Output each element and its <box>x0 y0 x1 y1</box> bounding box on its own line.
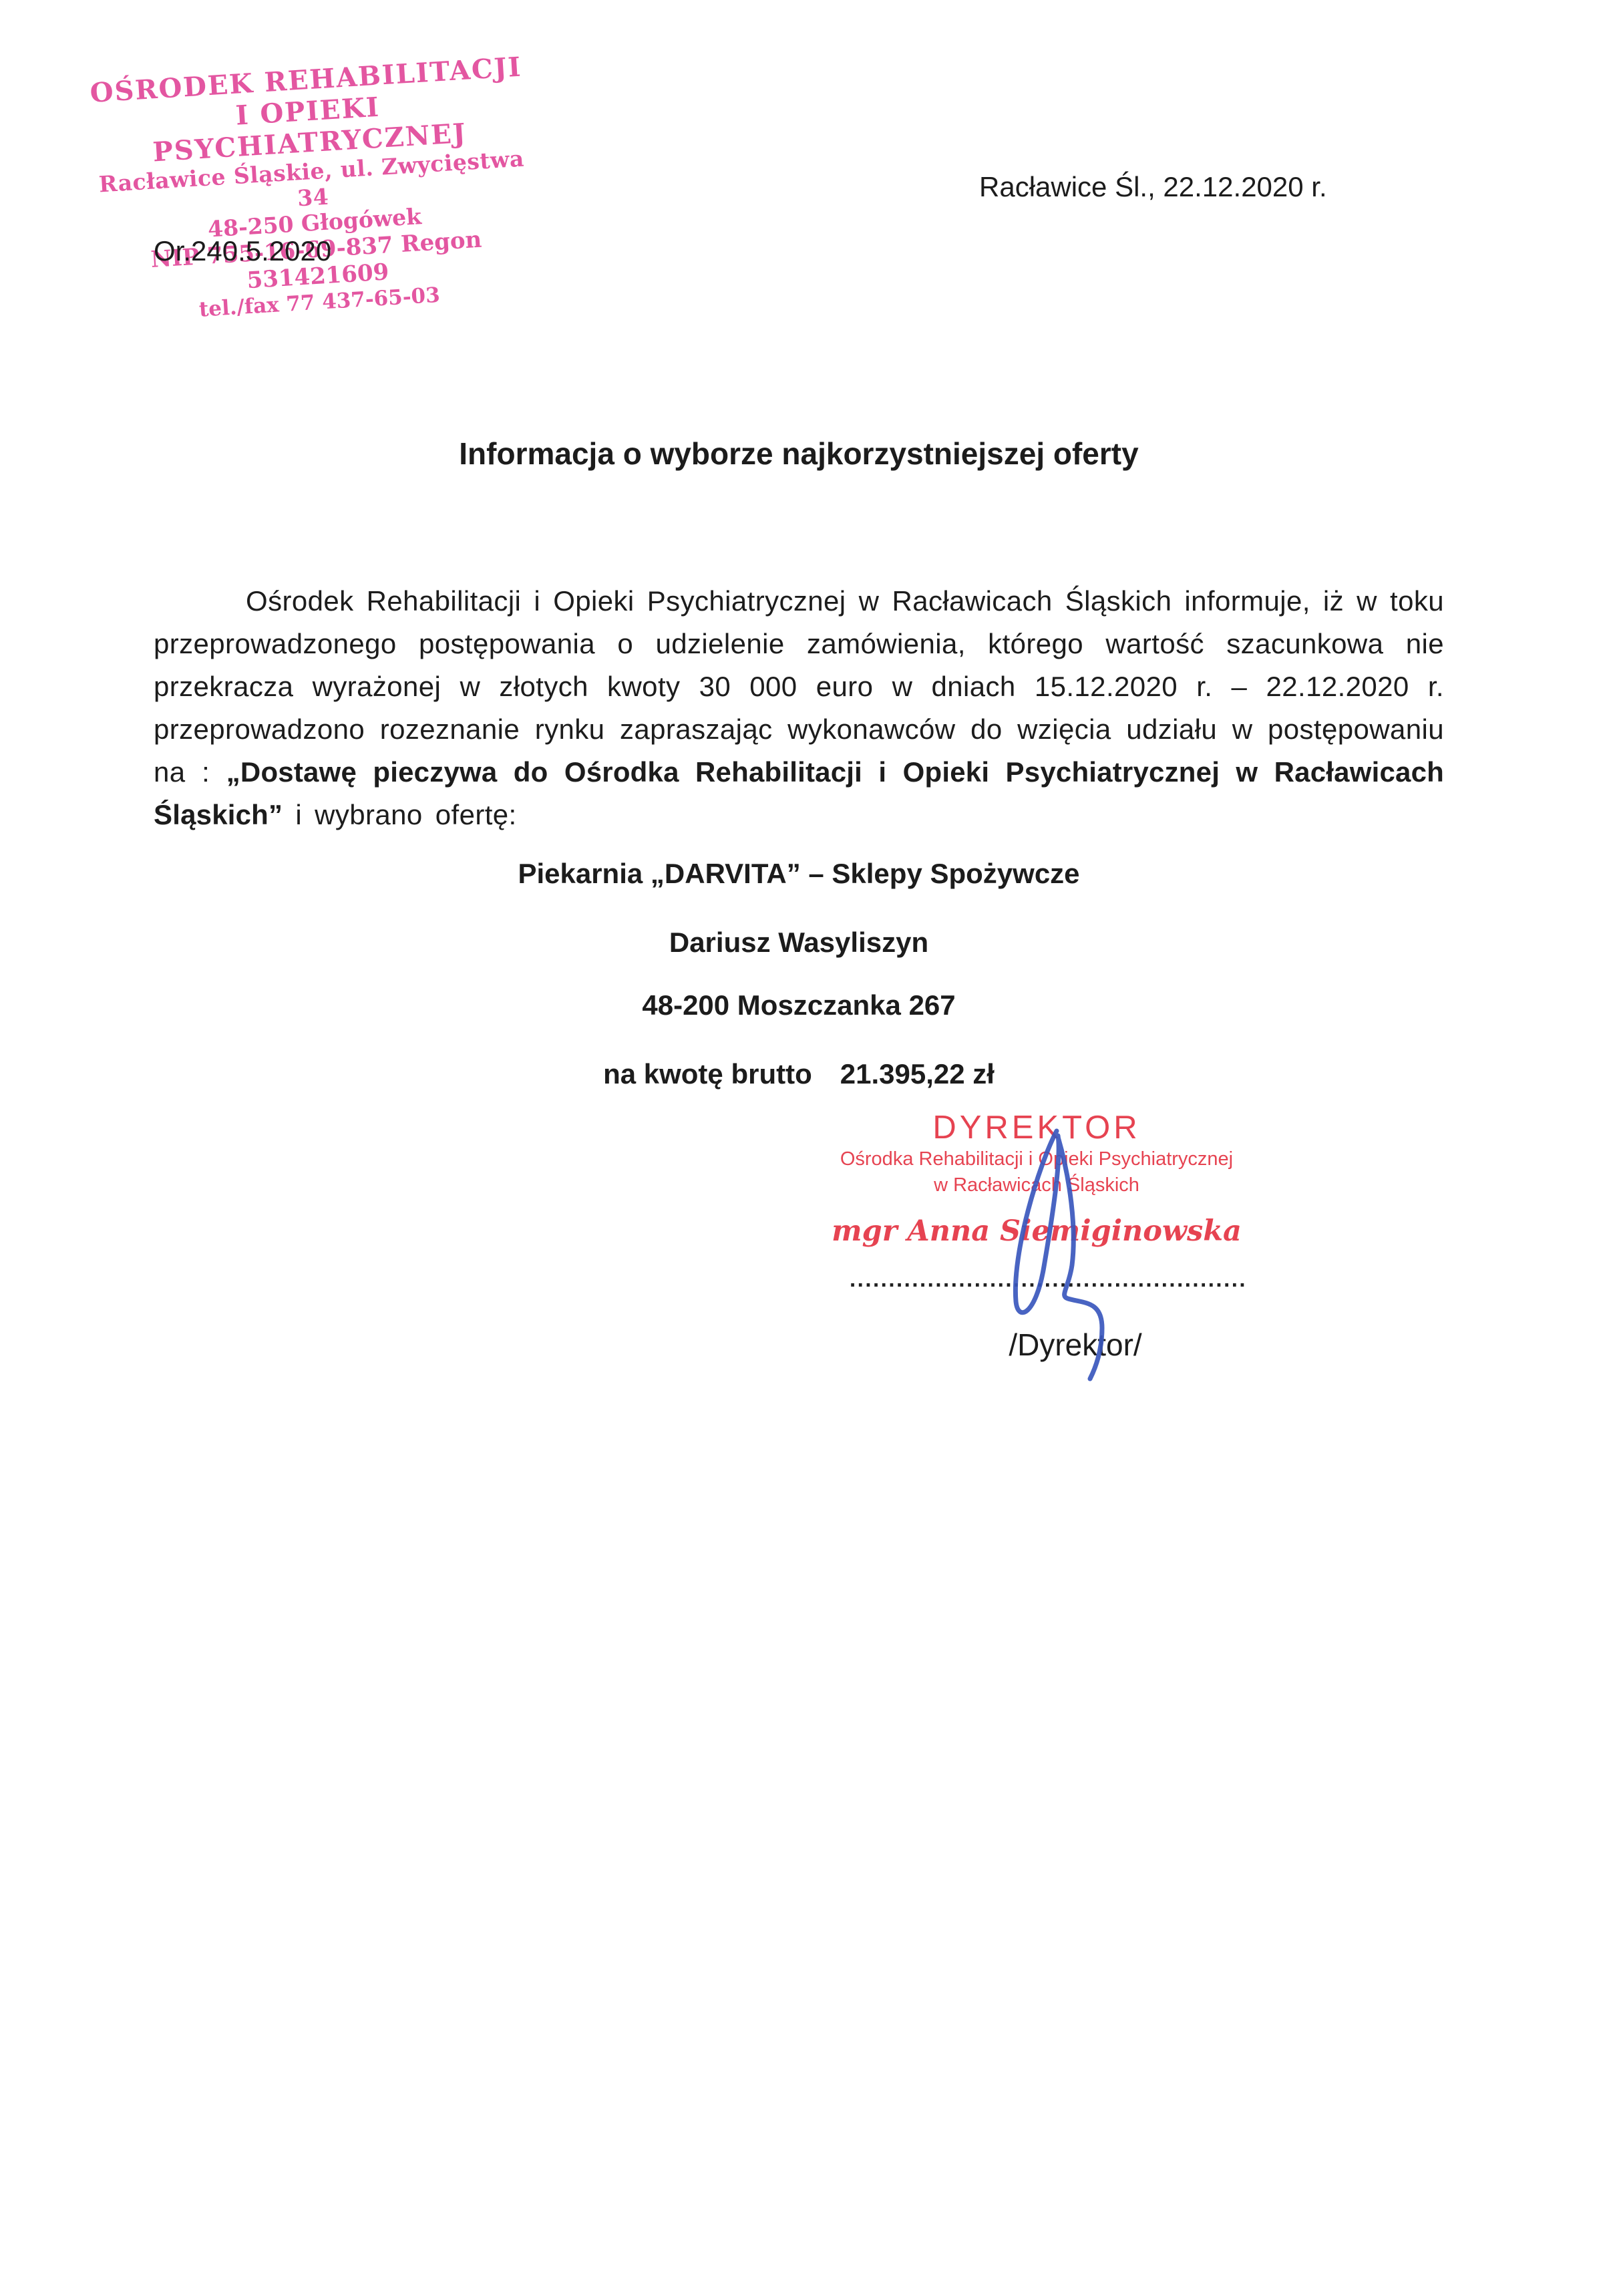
place-date: Racławice Śl., 22.12.2020 r. <box>979 171 1327 203</box>
signature-dotted-line: ........................................… <box>850 1267 1310 1292</box>
director-stamp: DYREKTOR Ośrodka Rehabilitacji i Opieki … <box>769 1109 1304 1198</box>
offer-amount-label: na kwotę brutto <box>603 1058 812 1090</box>
reference-number: Or.240.5.2020 <box>154 235 331 267</box>
offer-amount: na kwotę brutto21.395,22 zł <box>154 1058 1444 1090</box>
body-paragraph: Ośrodek Rehabilitacji i Opieki Psychiatr… <box>154 580 1444 836</box>
director-stamp-name: mgr Anna Siemiginowska <box>769 1214 1304 1248</box>
director-stamp-line: Ośrodka Rehabilitacji i Opieki Psychiatr… <box>769 1146 1304 1172</box>
director-stamp-title: DYREKTOR <box>769 1109 1304 1146</box>
document-page: OŚRODEK REHABILITACJI I OPIEKI PSYCHIATR… <box>0 0 1609 2296</box>
director-stamp-line: w Racławicach Śląskich <box>769 1172 1304 1198</box>
offer-address: 48-200 Moszczanka 267 <box>154 989 1444 1021</box>
offer-company: Piekarnia „DARVITA” – Sklepy Spożywcze <box>154 858 1444 890</box>
offer-amount-value: 21.395,22 zł <box>840 1058 995 1090</box>
paragraph-outro: i wybrano ofertę: <box>283 799 516 830</box>
document-title: Informacja o wyborze najkorzystniejszej … <box>154 436 1444 472</box>
organization-stamp: OŚRODEK REHABILITACJI I OPIEKI PSYCHIATR… <box>78 51 547 329</box>
role-caption: /Dyrektor/ <box>942 1327 1209 1363</box>
offer-owner: Dariusz Wasyliszyn <box>154 927 1444 959</box>
